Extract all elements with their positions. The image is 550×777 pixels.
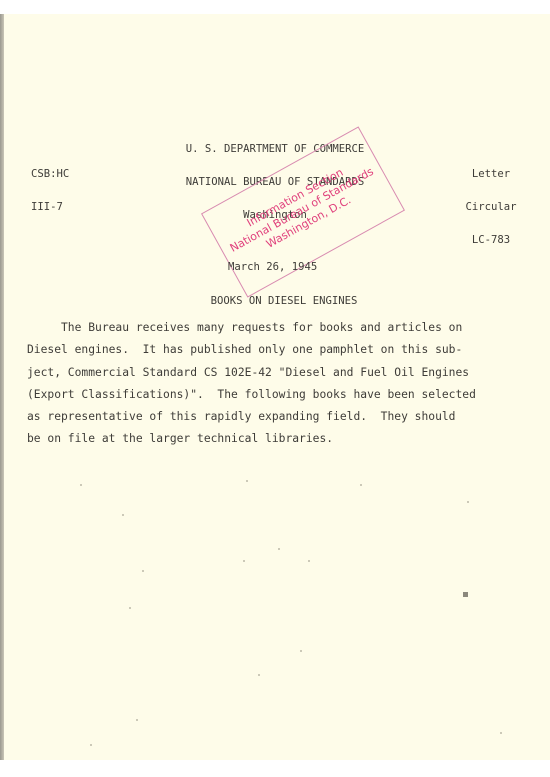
page-edge <box>0 14 4 760</box>
document-subject: BOOKS ON DIESEL ENGINES <box>189 296 379 307</box>
file-code-line1: CSB:HC <box>31 169 69 180</box>
document-page: U. S. DEPARTMENT OF COMMERCE NATIONAL BU… <box>0 14 550 760</box>
body-line: be on file at the larger technical libra… <box>27 428 547 450</box>
body-line: as representative of this rapidly expand… <box>27 406 547 428</box>
document-date: March 26, 1945 <box>228 262 317 273</box>
circular-label-line1: Letter <box>446 169 536 180</box>
body-line: ject, Commercial Standard CS 102E-42 "Di… <box>27 362 547 384</box>
file-code: CSB:HC III-7 <box>31 147 69 235</box>
letterhead-department: U. S. DEPARTMENT OF COMMERCE <box>130 144 420 155</box>
file-code-line2: III-7 <box>31 202 69 213</box>
body-line: The Bureau receives many requests for bo… <box>27 317 547 339</box>
ink-blot <box>463 592 468 597</box>
circular-label-line2: Circular <box>446 202 536 213</box>
body-line: Diesel engines. It has published only on… <box>27 339 547 361</box>
circular-number: Letter Circular LC-783 <box>446 147 536 268</box>
body-paragraph: The Bureau receives many requests for bo… <box>27 317 547 451</box>
body-line: (Export Classifications)". The following… <box>27 384 547 406</box>
circular-id: LC-783 <box>446 235 536 246</box>
